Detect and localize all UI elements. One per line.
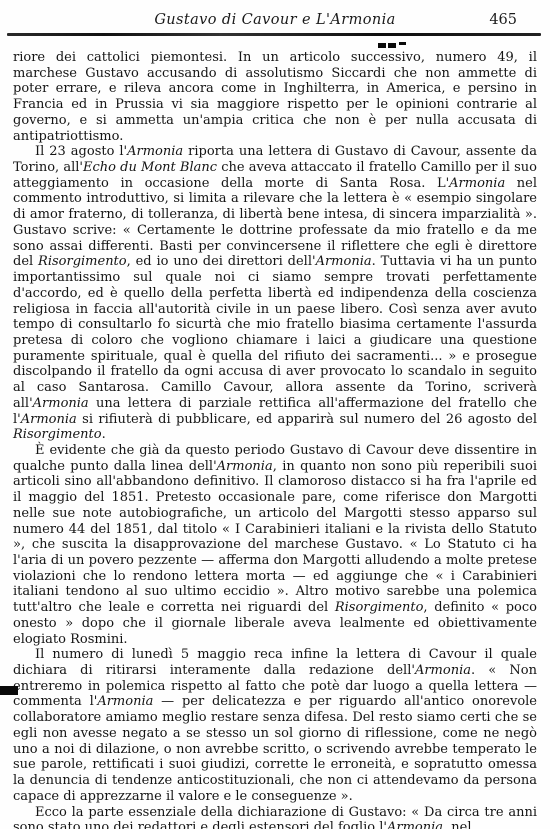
text-segment: , nel xyxy=(443,820,472,829)
text-segment: si rifiuterà di pubblicare, ed apparirà … xyxy=(77,412,537,427)
text-segment: , ed io uno dei direttori dell' xyxy=(127,254,316,269)
italic-text-segment: Armonia xyxy=(127,144,183,159)
italic-text-segment: Risorgimento xyxy=(38,254,127,269)
italic-text-segment: Armonia xyxy=(217,459,273,474)
paragraph: riore dei cattolici piemontesi. In un ar… xyxy=(13,50,537,144)
italic-text-segment: Armonia xyxy=(21,412,77,427)
text-segment: . xyxy=(102,427,106,442)
italic-text-segment: Armonia xyxy=(97,694,153,709)
book-page: Gustavo di Cavour e L'Armonia 465 riore … xyxy=(0,0,550,829)
ink-dash-icon xyxy=(399,42,406,45)
page-number: 465 xyxy=(489,12,517,28)
text-segment: Il 23 agosto l' xyxy=(35,144,127,159)
paragraph: Il 23 agosto l'Armonia riporta una lette… xyxy=(13,144,537,443)
paragraph: È evidente che già da questo periodo Gus… xyxy=(13,443,537,647)
text-segment: . Tuttavia vi ha un punto importantissim… xyxy=(13,254,537,410)
running-title: Gustavo di Cavour e L'Armonia xyxy=(13,12,537,28)
header-rule xyxy=(7,33,541,36)
text-segment: riore dei cattolici piemontesi. In un ar… xyxy=(13,50,537,144)
italic-text-segment: Armonia xyxy=(387,820,443,829)
ink-mark-margin xyxy=(0,686,18,695)
text-segment: , in quanto non sono più reperibili suoi… xyxy=(13,459,537,615)
page-body: riore dei cattolici piemontesi. In un ar… xyxy=(13,50,537,829)
italic-text-segment: Armonia xyxy=(415,663,471,678)
ink-square-icon xyxy=(388,43,396,48)
page-header: Gustavo di Cavour e L'Armonia 465 xyxy=(13,12,537,32)
text-segment: — per delicatezza e per riguardo all'ant… xyxy=(13,694,537,803)
italic-text-segment: Armonia xyxy=(33,396,89,411)
paragraph: Ecco la parte essenziale della dichiaraz… xyxy=(13,805,537,829)
italic-text-segment: Risorgimento xyxy=(335,600,424,615)
paragraph: Il numero di lunedì 5 maggio reca infine… xyxy=(13,647,537,804)
italic-text-segment: Echo du Mont Blanc xyxy=(83,160,217,175)
ink-square-icon xyxy=(378,43,386,48)
ink-mark-header xyxy=(378,42,412,49)
italic-text-segment: Risorgimento xyxy=(13,427,102,442)
italic-text-segment: Armonia xyxy=(449,176,505,191)
italic-text-segment: Armonia xyxy=(316,254,372,269)
